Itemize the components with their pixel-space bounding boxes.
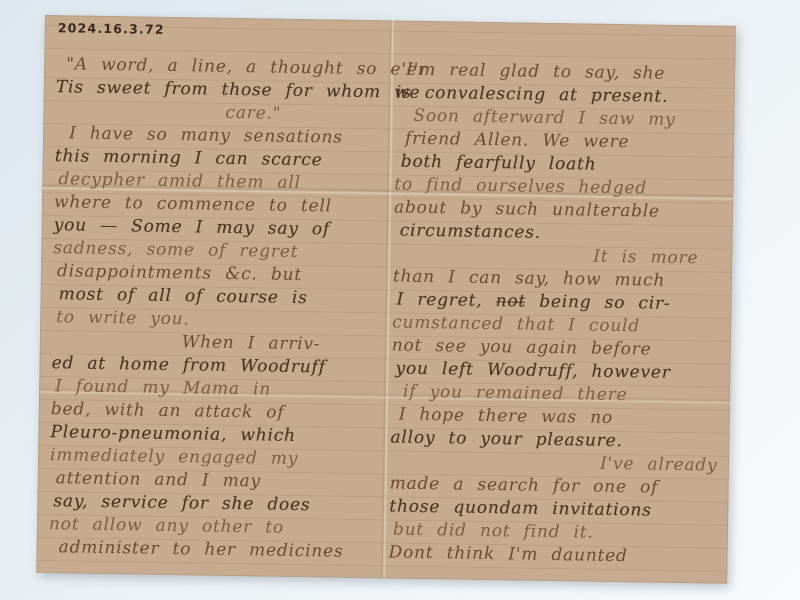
letter-paper: 2024.16.3.72 "A word, a line, a thought … <box>36 15 736 584</box>
letter-right-column: I'm real glad to say, sheis convalescing… <box>388 59 734 570</box>
photo-background: 2024.16.3.72 "A word, a line, a thought … <box>0 0 800 600</box>
catalog-number: 2024.16.3.72 <box>58 20 165 37</box>
letter-left-column: "A word, a line, a thought so e'erTis sw… <box>48 53 394 564</box>
